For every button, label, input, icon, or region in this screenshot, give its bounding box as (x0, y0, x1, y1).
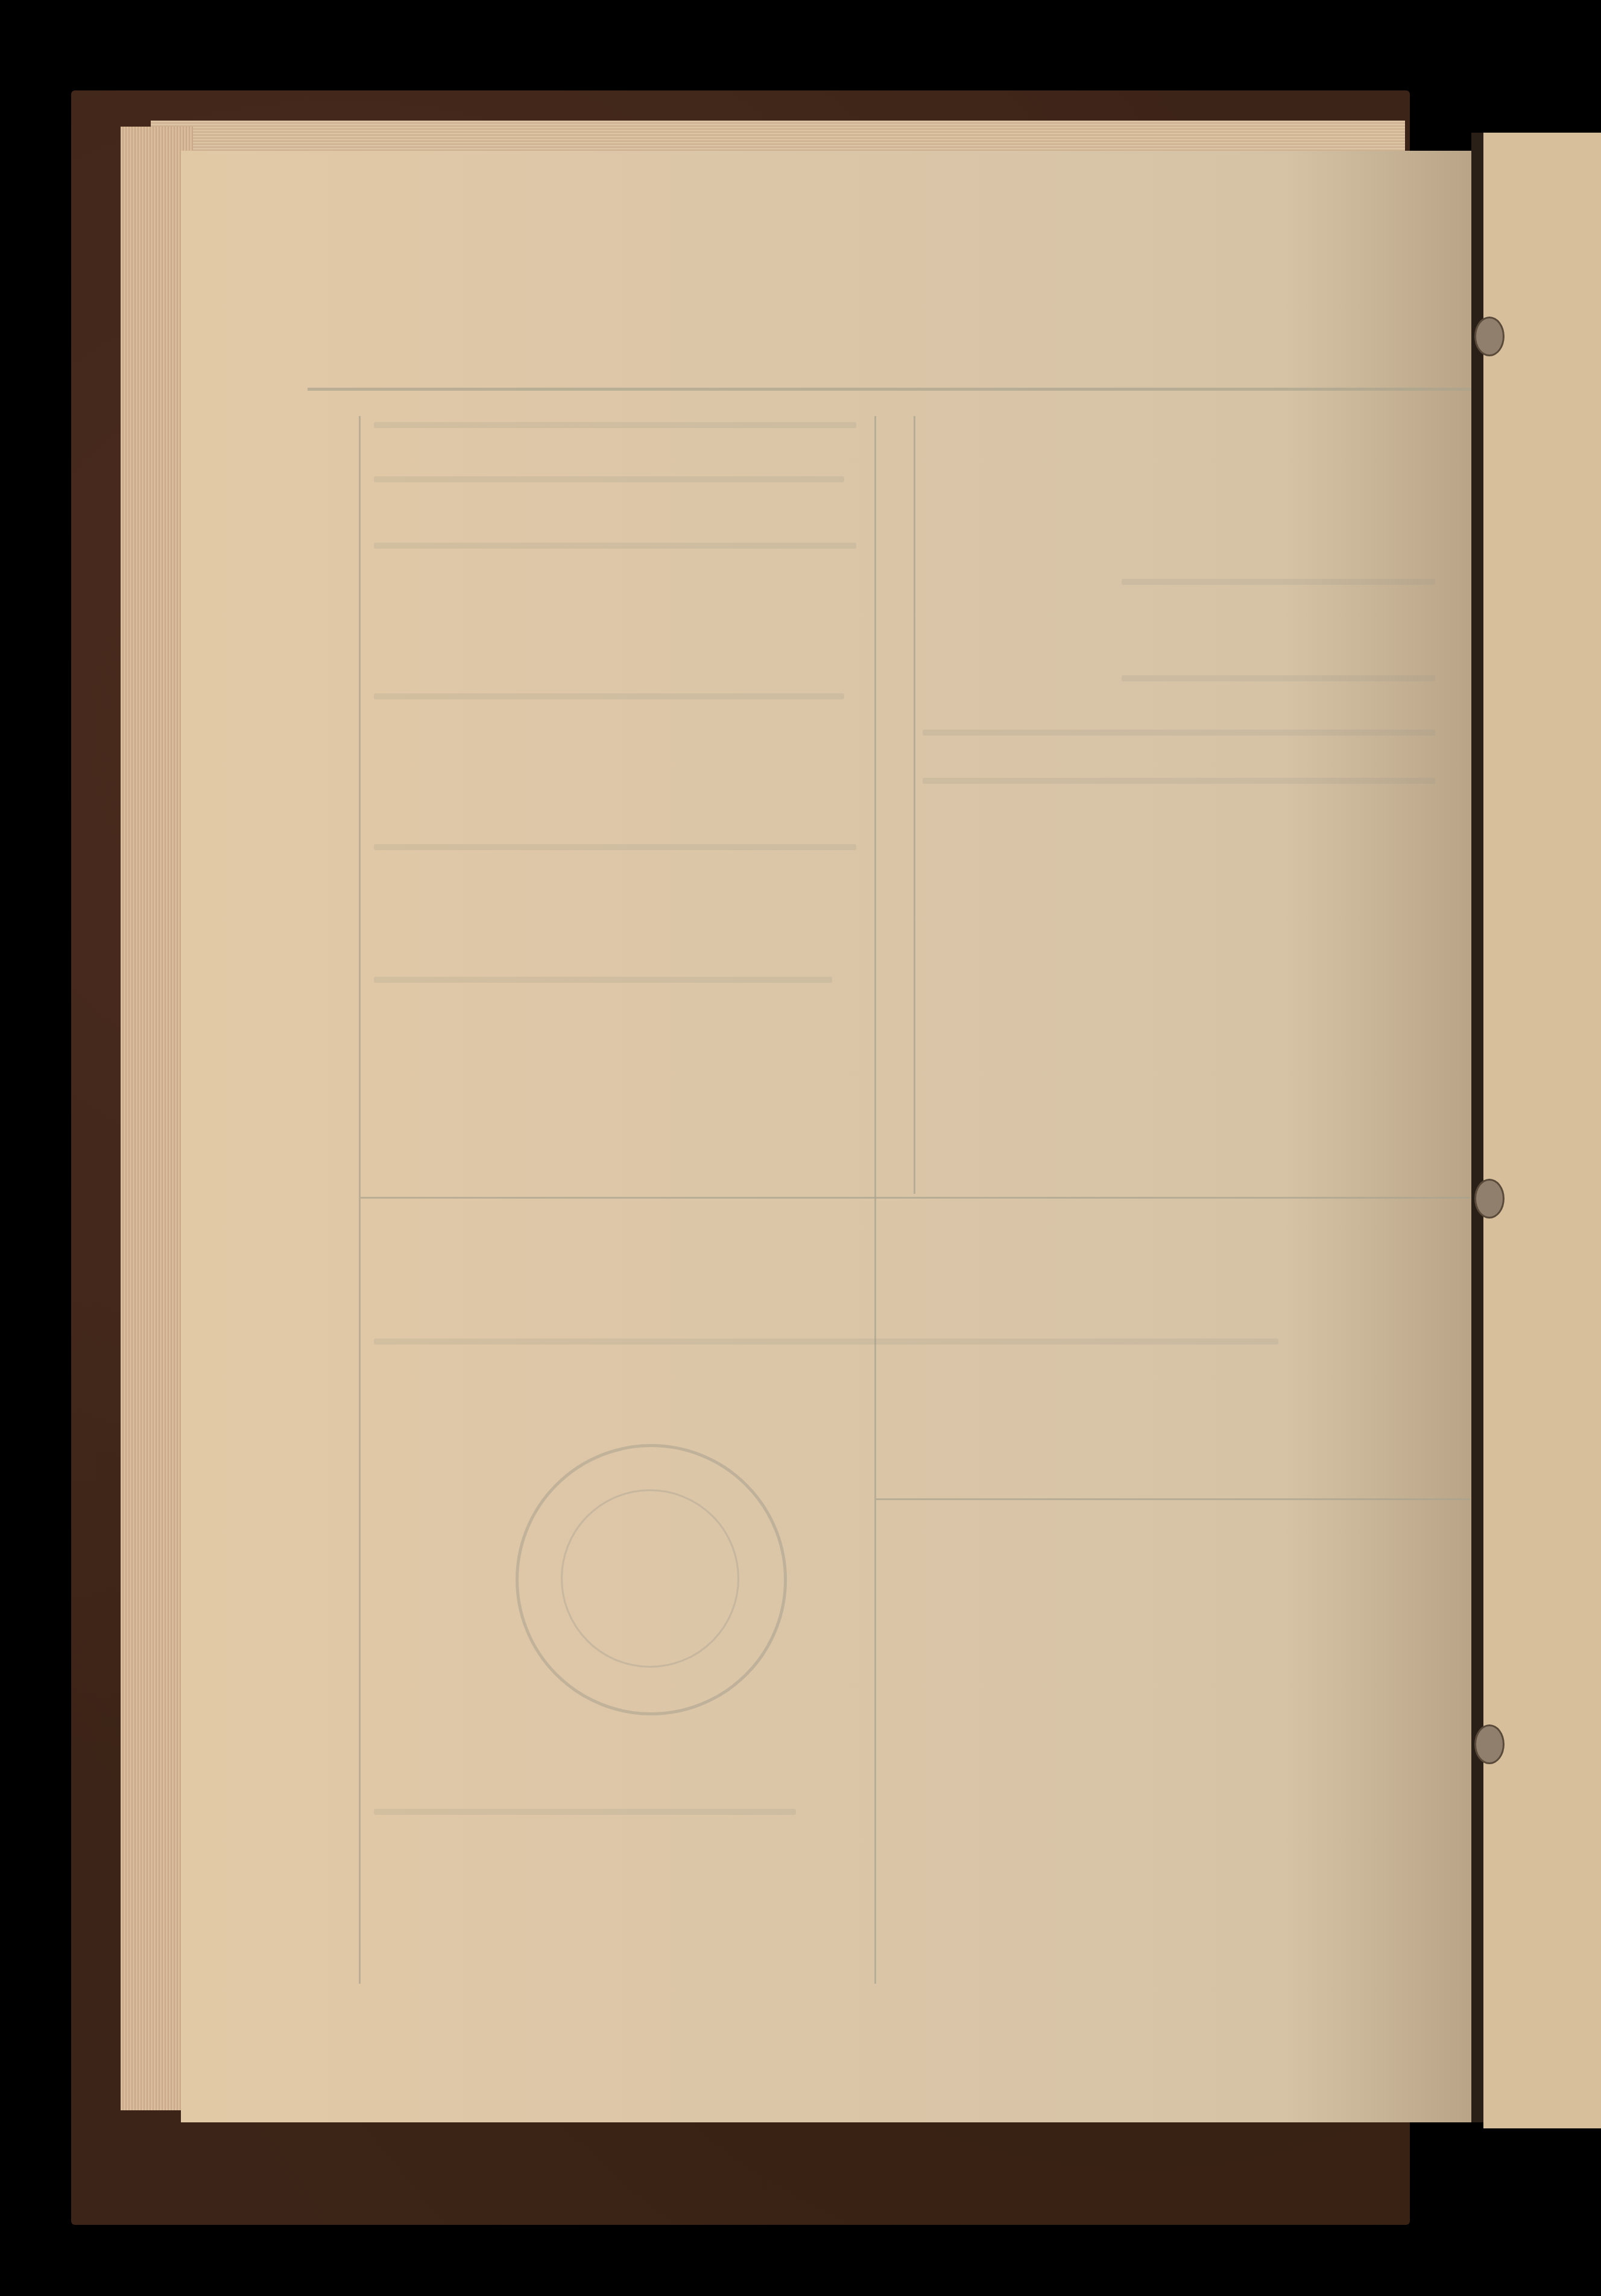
ghost-text (374, 543, 856, 549)
book-page (181, 151, 1477, 2122)
table-frame-left (359, 416, 361, 1984)
row-divider-lower (876, 1498, 1470, 1500)
binding-gutter (1471, 133, 1483, 2122)
library-stamp (516, 1444, 787, 1715)
binding-stitch-icon (1474, 317, 1505, 356)
ghost-text (374, 693, 844, 699)
header-rule (308, 388, 1477, 391)
row-divider (361, 1197, 1470, 1199)
ghost-text (374, 1339, 1278, 1345)
ghost-text (923, 730, 1435, 736)
ghost-text (1122, 675, 1435, 681)
ghost-text (374, 844, 856, 850)
ghost-text (1122, 579, 1435, 585)
binding-stitch-icon (1474, 1724, 1505, 1764)
column-divider-right (914, 416, 915, 1194)
facing-page-edge (1483, 133, 1601, 2128)
ghost-text (923, 778, 1435, 784)
ghost-text (374, 422, 856, 428)
binding-stitch-icon (1474, 1179, 1505, 1219)
stamp-inner-ring (561, 1489, 739, 1668)
ghost-text (374, 977, 832, 983)
column-divider-middle (874, 416, 876, 1984)
ghost-text (374, 476, 844, 482)
ghost-text (374, 1809, 796, 1815)
